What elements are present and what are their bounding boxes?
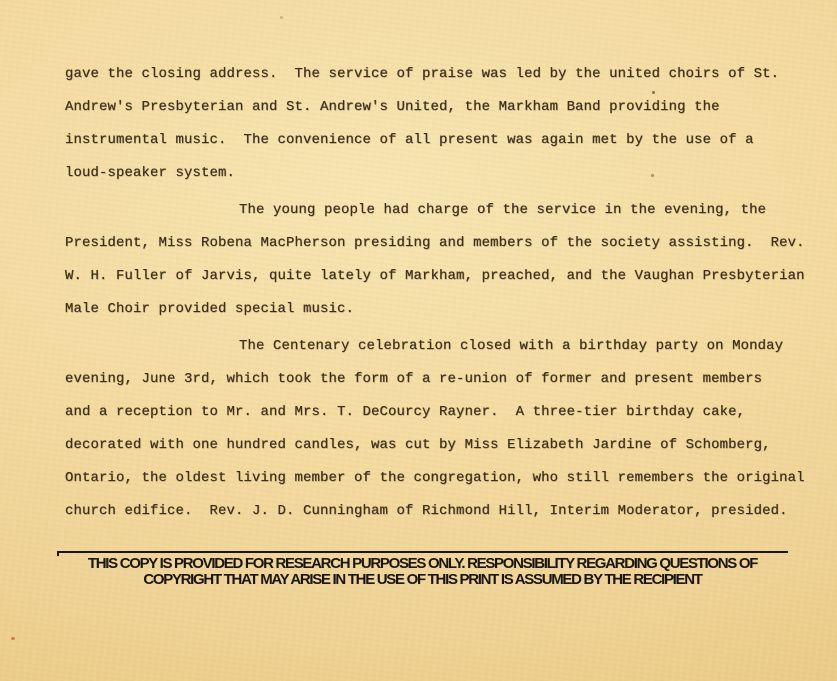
text-line: Ontario, the oldest living member of the… bbox=[65, 462, 817, 495]
text-line: church edifice. Rev. J. D. Cunningham of… bbox=[65, 495, 817, 528]
scanned-document-page: gave the closing address. The service of… bbox=[0, 0, 837, 681]
scan-speck bbox=[652, 91, 655, 94]
text-line: President, Miss Robena MacPherson presid… bbox=[65, 227, 817, 260]
text-line: W. H. Fuller of Jarvis, quite lately of … bbox=[65, 260, 817, 293]
text-line: gave the closing address. The service of… bbox=[65, 58, 817, 91]
text-line: The Centenary celebration closed with a … bbox=[65, 330, 817, 363]
text-line: and a reception to Mr. and Mrs. T. DeCou… bbox=[65, 396, 817, 429]
text-line: The young people had charge of the servi… bbox=[65, 194, 817, 227]
divider-line bbox=[57, 551, 788, 553]
scan-speck bbox=[280, 16, 283, 19]
copyright-notice-line: THIS COPY IS PROVIDED FOR RESEARCH PURPO… bbox=[57, 556, 788, 572]
text-line: Male Choir provided special music. bbox=[65, 293, 817, 326]
text-line: Andrew's Presbyterian and St. Andrew's U… bbox=[65, 91, 817, 124]
text-line: evening, June 3rd, which took the form o… bbox=[65, 363, 817, 396]
scan-speck bbox=[11, 637, 15, 640]
copyright-notice: THIS COPY IS PROVIDED FOR RESEARCH PURPO… bbox=[57, 551, 788, 587]
copyright-notice-line: COPYRIGHT THAT MAY ARISE IN THE USE OF T… bbox=[57, 572, 788, 588]
scan-speck bbox=[651, 174, 654, 177]
text-line: decorated with one hundred candles, was … bbox=[65, 429, 817, 462]
text-line: loud-speaker system. bbox=[65, 157, 817, 190]
text-line: instrumental music. The convenience of a… bbox=[65, 124, 817, 157]
typewritten-text-block: gave the closing address. The service of… bbox=[65, 58, 817, 528]
